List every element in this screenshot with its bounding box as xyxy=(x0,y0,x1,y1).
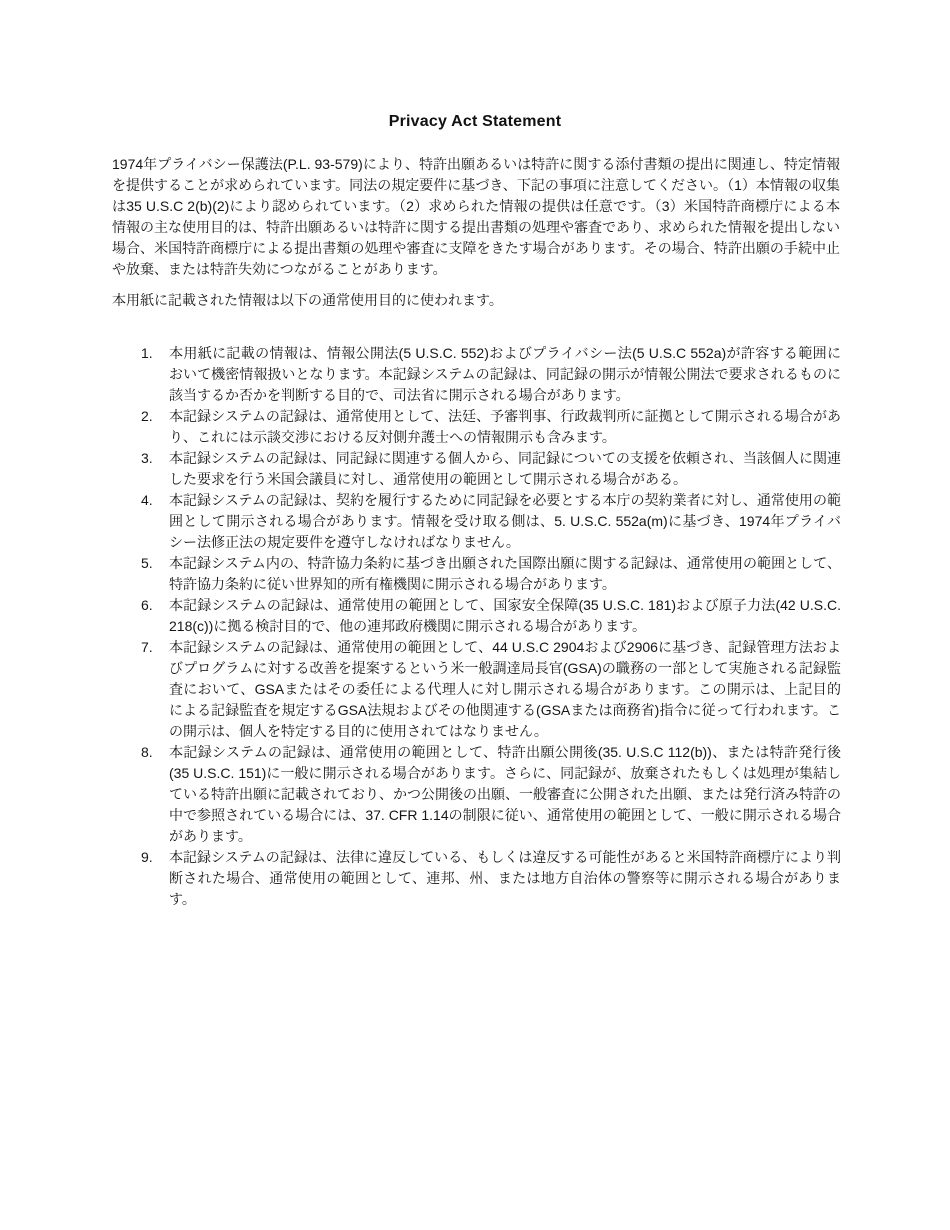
intro-paragraph: 1974年プライバシー保護法(P.L. 93-579)により、特許出願あるいは特… xyxy=(112,154,840,280)
list-item-number: 3. xyxy=(141,448,153,469)
list-item-text: 本記録システムの記録は、同記録に関連する個人から、同記録についての支援を依頼され… xyxy=(169,450,841,487)
routine-use-list: 1. 本用紙に記載の情報は、情報公開法(5 U.S.C. 552)およびプライバ… xyxy=(141,343,841,910)
list-item-text: 本記録システム内の、特許協力条約に基づき出願された国際出願に関する記録は、通常使… xyxy=(169,555,841,592)
list-item-number: 9. xyxy=(141,847,153,868)
document-page: Privacy Act Statement 1974年プライバシー保護法(P.L… xyxy=(0,0,950,1230)
list-item-text: 本記録システムの記録は、通常使用の範囲として、国家安全保障(35 U.S.C. … xyxy=(169,597,841,634)
list-item-text: 本記録システムの記録は、通常使用として、法廷、予審判事、行政裁判所に証拠として開… xyxy=(169,408,841,445)
list-item: 6. 本記録システムの記録は、通常使用の範囲として、国家安全保障(35 U.S.… xyxy=(141,595,841,637)
list-item-text: 本記録システムの記録は、通常使用の範囲として、44 U.S.C 2904および2… xyxy=(169,639,841,739)
list-item-number: 7. xyxy=(141,637,153,658)
list-item-text: 本記録システムの記録は、通常使用の範囲として、特許出願公開後(35. U.S.C… xyxy=(169,744,841,844)
list-item: 5. 本記録システム内の、特許協力条約に基づき出願された国際出願に関する記録は、… xyxy=(141,553,841,595)
list-item: 4. 本記録システムの記録は、契約を履行するために同記録を必要とする本庁の契約業… xyxy=(141,490,841,553)
list-item-text: 本記録システムの記録は、法律に違反している、もしくは違反する可能性があると米国特… xyxy=(169,849,841,907)
list-item-text: 本用紙に記載の情報は、情報公開法(5 U.S.C. 552)およびプライバシー法… xyxy=(169,345,841,403)
page-title: Privacy Act Statement xyxy=(0,112,950,132)
list-item: 7. 本記録システムの記録は、通常使用の範囲として、44 U.S.C 2904お… xyxy=(141,637,841,742)
list-item: 9. 本記録システムの記録は、法律に違反している、もしくは違反する可能性があると… xyxy=(141,847,841,910)
list-item-number: 4. xyxy=(141,490,153,511)
list-item: 2. 本記録システムの記録は、通常使用として、法廷、予審判事、行政裁判所に証拠と… xyxy=(141,406,841,448)
list-item-number: 6. xyxy=(141,595,153,616)
list-item: 8. 本記録システムの記録は、通常使用の範囲として、特許出願公開後(35. U.… xyxy=(141,742,841,847)
list-item: 1. 本用紙に記載の情報は、情報公開法(5 U.S.C. 552)およびプライバ… xyxy=(141,343,841,406)
list-item-number: 5. xyxy=(141,553,153,574)
routine-use-lead: 本用紙に記載された情報は以下の通常使用目的に使われます。 xyxy=(112,290,840,311)
list-item-text: 本記録システムの記録は、契約を履行するために同記録を必要とする本庁の契約業者に対… xyxy=(169,492,841,550)
list-item-number: 1. xyxy=(141,343,153,364)
list-item-number: 8. xyxy=(141,742,153,763)
list-item: 3. 本記録システムの記録は、同記録に関連する個人から、同記録についての支援を依… xyxy=(141,448,841,490)
list-item-number: 2. xyxy=(141,406,153,427)
